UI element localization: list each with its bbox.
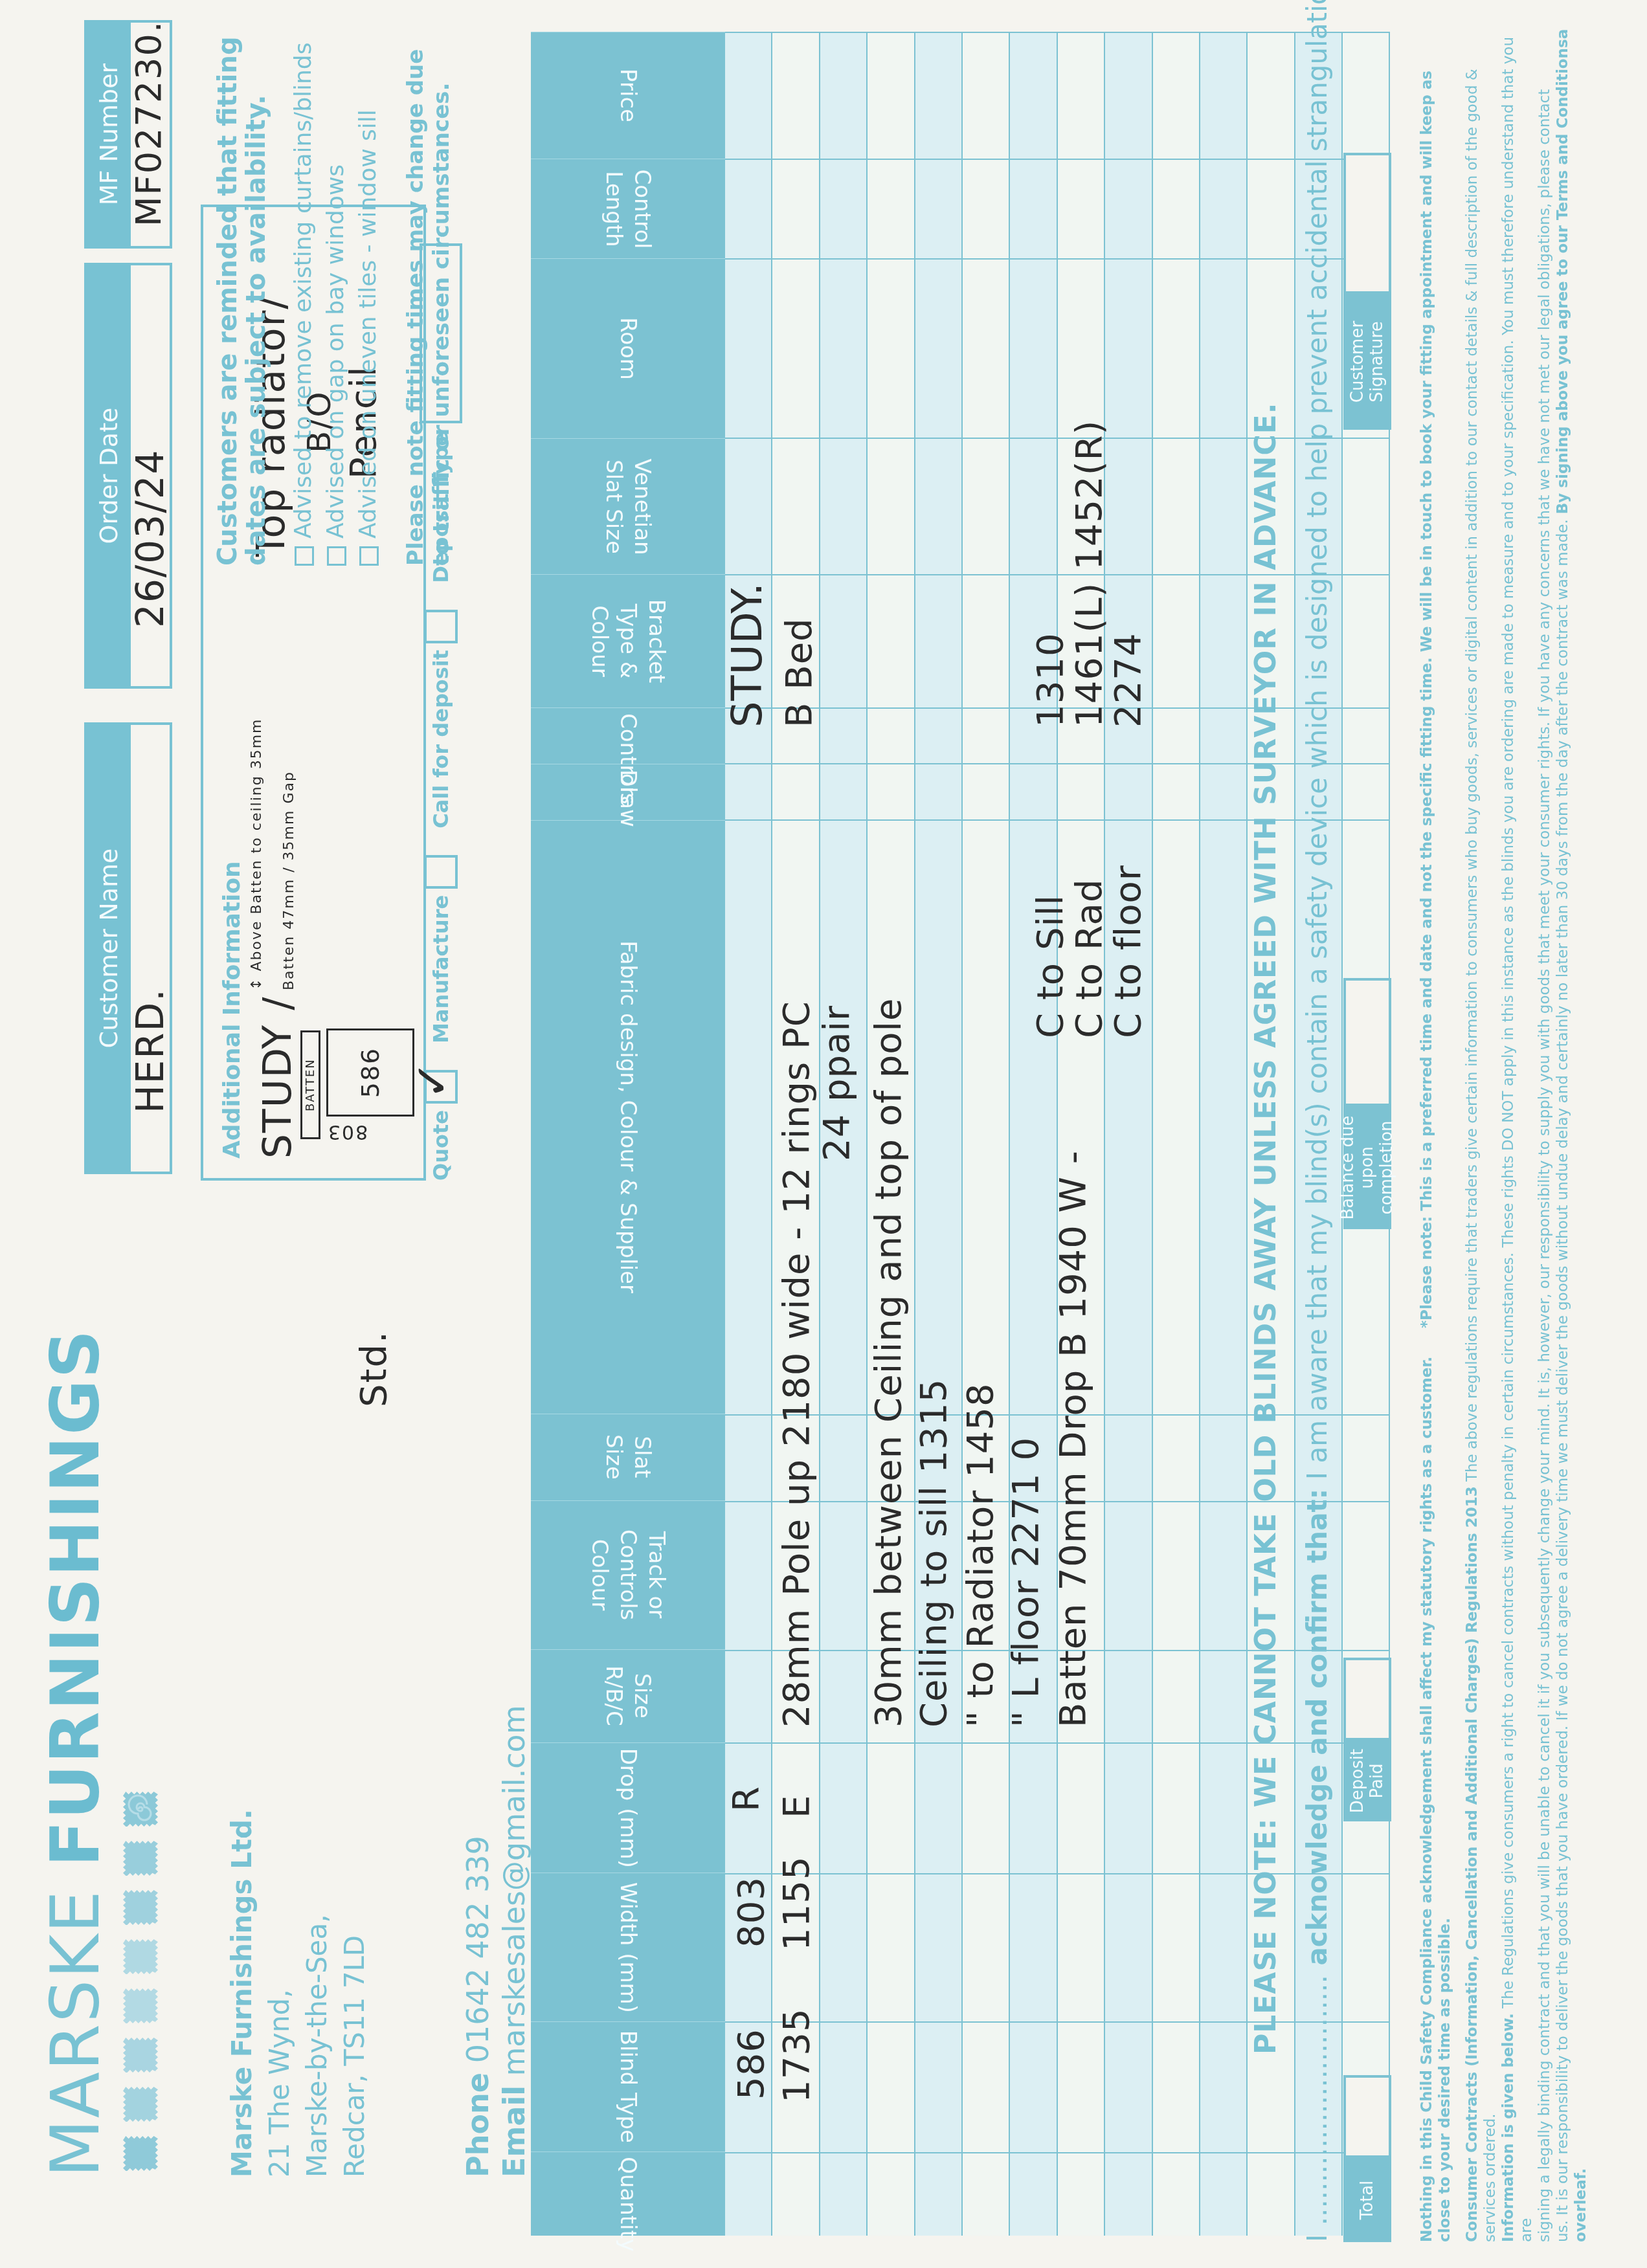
table-cell[interactable]	[772, 819, 818, 1414]
column-header-label: Venetian Slat Size	[599, 442, 656, 572]
column-header-label: Size R/B/C	[599, 1654, 656, 1738]
table-cell[interactable]	[1058, 1501, 1104, 1650]
customer-name-label: Customer Name	[87, 725, 131, 1172]
table-cell[interactable]	[772, 438, 818, 574]
table-cell[interactable]	[1343, 32, 1389, 159]
table-cell[interactable]	[1343, 707, 1389, 763]
table-cell[interactable]	[725, 438, 771, 574]
legal-line: us. It is our responsibility to deliver …	[1554, 28, 1590, 2242]
table-cell[interactable]	[963, 574, 1009, 707]
table-cell[interactable]	[1058, 1873, 1104, 2022]
column-header-label: Track or Controls Colour	[585, 1504, 671, 1646]
additional-information-title: Additional Information	[219, 861, 245, 1159]
table-cell[interactable]	[915, 438, 961, 574]
table-cell[interactable]	[963, 763, 1009, 819]
email-label: Email	[497, 2085, 532, 2177]
table-cell[interactable]	[868, 707, 913, 763]
table-cell[interactable]	[1010, 1650, 1056, 1743]
table-cell[interactable]	[725, 1501, 771, 1650]
ack-text: I am aware that my blind(s) contain a sa…	[1301, 0, 1333, 1489]
table-cell[interactable]	[772, 1414, 818, 1501]
table-cell[interactable]	[915, 1873, 961, 2022]
table-cell[interactable]	[1010, 258, 1056, 438]
table-cell[interactable]	[820, 2022, 866, 2152]
column-header: Venetian Slat Size	[531, 438, 725, 575]
table-cell[interactable]	[1105, 574, 1151, 707]
table-cell[interactable]	[820, 1650, 866, 1743]
table-cell[interactable]	[820, 574, 866, 707]
swatch-icon	[123, 1890, 158, 1925]
advice-checkbox[interactable]	[295, 546, 314, 566]
advice-label: Advised on uneven tiles - window sill	[355, 109, 381, 539]
table-cell[interactable]	[1010, 1414, 1056, 1501]
table-cell[interactable]	[1105, 1873, 1151, 2022]
table-cell[interactable]	[1200, 2152, 1246, 2236]
table-cell[interactable]	[820, 2152, 866, 2236]
table-cell[interactable]	[820, 1742, 866, 1873]
table-cell[interactable]	[772, 1650, 818, 1743]
table-cell[interactable]	[915, 1742, 961, 1873]
table-header: QuantityBlind TypeWidth (mm)Drop (mm)Siz…	[531, 32, 725, 2236]
table-cell[interactable]	[1105, 258, 1151, 438]
column-header-label: Blind Type	[614, 2030, 642, 2143]
table-cell[interactable]	[1200, 159, 1246, 258]
table-cell[interactable]	[1153, 574, 1199, 707]
table-cell[interactable]	[725, 763, 771, 819]
logo-text-light: MARSKE	[36, 1867, 115, 2177]
table-cell[interactable]	[725, 707, 771, 763]
note-above-batten: ↕ Above Batten to ceiling 35mm	[249, 718, 265, 990]
column-header: Drop (mm)	[531, 1742, 725, 1873]
fabric-swatches	[123, 1792, 158, 2171]
table-cell[interactable]	[868, 438, 913, 574]
table-cell[interactable]	[725, 32, 771, 159]
advice-item[interactable]: Advised to remove existing curtains/blin…	[287, 35, 320, 566]
legal-text-span: us. It is our responsibility to deliver …	[1554, 519, 1571, 2242]
table-cell[interactable]	[1058, 438, 1104, 574]
table-row	[1010, 32, 1057, 2236]
old-blinds-notice: PLEASE NOTE: WE CANNOT TAKE OLD BLINDS A…	[1249, 403, 1283, 2055]
table-cell[interactable]	[915, 707, 961, 763]
column-header: Fabric design, Colour & Supplier	[531, 820, 725, 1413]
table-cell[interactable]	[1200, 438, 1246, 574]
table-cell[interactable]	[820, 707, 866, 763]
table-cell[interactable]	[1343, 574, 1389, 707]
table-cell[interactable]	[772, 1742, 818, 1873]
balance-due-label: Balance due upon completion	[1343, 1106, 1391, 1229]
table-cell[interactable]	[1200, 763, 1246, 819]
table-cell[interactable]	[725, 574, 771, 707]
manufacture-label: Manufacture	[429, 895, 453, 1043]
email-line: Email marskesales@gmail.com	[496, 1617, 532, 2177]
table-cell[interactable]	[772, 1873, 818, 2022]
legal-text-span: The Regulations give consumers a right t…	[1500, 37, 1535, 2242]
logo-text-bold: FURNISHINGS	[36, 1329, 115, 1867]
table-cell[interactable]	[820, 763, 866, 819]
table-cell[interactable]	[1200, 1742, 1246, 1873]
table-row	[915, 32, 963, 2236]
call-for-deposit-checkbox[interactable]	[424, 610, 458, 643]
total-value[interactable]	[1343, 2075, 1391, 2158]
column-header-label: Slat Size	[599, 1418, 656, 1496]
table-cell[interactable]	[1200, 258, 1246, 438]
address-line: Marske-by-the-Sea,	[298, 1809, 336, 2177]
table-cell[interactable]	[1010, 2022, 1056, 2152]
table-row	[868, 32, 915, 2236]
advice-label: Advised on gap on bay windows	[322, 164, 349, 539]
table-cell[interactable]	[963, 159, 1009, 258]
table-cell[interactable]	[963, 2152, 1009, 2236]
table-cell[interactable]	[1010, 1742, 1056, 1873]
column-header: Controls	[531, 707, 725, 764]
table-cell[interactable]	[963, 707, 1009, 763]
table-cell[interactable]	[963, 819, 1009, 1414]
note-std: Std.	[353, 1330, 395, 1407]
table-cell[interactable]	[1010, 159, 1056, 258]
column-header-label: Controls	[614, 713, 642, 759]
table-row	[725, 32, 772, 2236]
table-cell[interactable]	[1248, 32, 1294, 159]
table-cell[interactable]	[1105, 2152, 1151, 2236]
table-cell[interactable]	[1200, 1501, 1246, 1650]
quote-option[interactable]: Quote	[424, 1070, 458, 1181]
advice-item[interactable]: Advised on gap on bay windows	[320, 35, 352, 566]
table-cell[interactable]	[915, 2152, 961, 2236]
table-cell[interactable]	[915, 574, 961, 707]
legal-line: Information is given below. The Regulati…	[1499, 28, 1536, 2242]
column-header: Blind Type	[531, 2021, 725, 2151]
table-cell[interactable]	[1105, 32, 1151, 159]
table-cell[interactable]	[1153, 2022, 1199, 2152]
reminder-headline: Customers are reminded that fitting date…	[214, 35, 271, 566]
column-header: Track or Controls Colour	[531, 1500, 725, 1649]
table-cell[interactable]	[1248, 2152, 1294, 2236]
column-header: Bracket Type & Colour	[531, 574, 725, 707]
table-cell[interactable]	[772, 707, 818, 763]
column-header: Width (mm)	[531, 1873, 725, 2021]
note-batten-gap: Batten 47mm / 35mm Gap	[281, 771, 297, 990]
swatch-icon	[123, 1841, 158, 1876]
balance-due-value[interactable]	[1343, 978, 1391, 1106]
table-cell[interactable]	[820, 159, 866, 258]
column-header: Control Length	[531, 159, 725, 259]
table-cell[interactable]	[772, 258, 818, 438]
table-cell[interactable]	[868, 2152, 913, 2236]
manufacture-checkbox[interactable]	[424, 855, 458, 889]
email-address[interactable]: marskesales@gmail.com	[497, 1705, 532, 2085]
table-cell[interactable]	[1058, 574, 1104, 707]
swatch-icon	[123, 1939, 158, 1974]
table-row	[963, 32, 1010, 2236]
address-line: Redcar, TS11 7LD	[336, 1809, 374, 2177]
table-cell[interactable]	[1153, 707, 1199, 763]
table-cell[interactable]	[868, 32, 913, 159]
call-for-deposit-option[interactable]: Call for deposit	[424, 610, 458, 828]
column-header-label: Room	[614, 317, 642, 380]
safety-acknowledgement: I ............................. acknowle…	[1301, 0, 1333, 2242]
table-cell[interactable]	[725, 1742, 771, 1873]
customer-name-field[interactable]: Customer Name HERD.	[84, 722, 172, 1174]
legal-bold: Information is given below.	[1500, 2013, 1517, 2242]
table-cell[interactable]	[915, 763, 961, 819]
table-cell[interactable]	[725, 1414, 771, 1501]
customer-signature-value[interactable]	[1343, 153, 1391, 294]
order-date-field[interactable]: Order Date 26/03/24	[84, 263, 172, 689]
table-cell[interactable]	[1153, 763, 1199, 819]
table-cell[interactable]	[1153, 1650, 1199, 1743]
table-cell[interactable]	[868, 1873, 913, 2022]
deposit-paid-label: Deposit Paid	[1343, 1740, 1391, 1821]
order-table: QuantityBlind TypeWidth (mm)Drop (mm)Siz…	[531, 32, 1372, 2236]
table-cell[interactable]	[1105, 1414, 1151, 1501]
table-cell[interactable]	[915, 819, 961, 1414]
table-cell[interactable]	[915, 32, 961, 159]
table-cell[interactable]	[820, 32, 866, 159]
order-date-value: 26/03/24	[128, 265, 172, 686]
table-cell[interactable]	[1105, 1650, 1151, 1743]
table-cell[interactable]	[1153, 2152, 1199, 2236]
table-cell[interactable]	[820, 1501, 866, 1650]
table-cell[interactable]	[725, 1873, 771, 2022]
table-cell[interactable]	[772, 2152, 818, 2236]
table-cell[interactable]	[1153, 438, 1199, 574]
mf-number-label: MF Number	[87, 23, 131, 246]
table-cell[interactable]	[1200, 707, 1246, 763]
order-date-label: Order Date	[87, 265, 131, 686]
table-cell[interactable]	[915, 1414, 961, 1501]
table-cell[interactable]	[1058, 763, 1104, 819]
table-cell[interactable]	[963, 1650, 1009, 1743]
phone-label: Phone	[460, 2073, 495, 2177]
company-address: Marske Furnishings Ltd. 21 The Wynd, Mar…	[223, 1809, 374, 2177]
table-cell[interactable]	[1153, 819, 1199, 1414]
legal-bold: Nothing in this Child Safety Compliance …	[1418, 1357, 1435, 2242]
column-header-label: Price	[614, 69, 642, 122]
table-cell[interactable]	[1058, 2022, 1104, 2152]
table-cell[interactable]	[963, 1873, 1009, 2022]
column-header-label: Drop (mm)	[614, 1748, 642, 1867]
table-cell[interactable]	[868, 1650, 913, 1743]
table-cell[interactable]	[963, 32, 1009, 159]
table-cell[interactable]	[1343, 1873, 1389, 2022]
table-cell[interactable]	[1200, 1414, 1246, 1501]
note-study: STUDY /	[255, 995, 300, 1159]
column-header-label: Fabric design, Colour & Supplier	[614, 940, 642, 1293]
mf-number-value: MF027230.	[128, 23, 169, 246]
customer-signature-label: Customer Signature	[1343, 294, 1391, 430]
table-cell[interactable]	[820, 1873, 866, 2022]
table-cell[interactable]	[1200, 819, 1246, 1414]
advice-checkbox[interactable]	[359, 546, 379, 566]
table-cell[interactable]	[1058, 159, 1104, 258]
legal-line: Nothing in this Child Safety Compliance …	[1418, 28, 1454, 2242]
table-cell[interactable]	[1200, 1650, 1246, 1743]
table-cell[interactable]	[1200, 1873, 1246, 2022]
table-row	[772, 32, 820, 2236]
table-cell[interactable]	[1343, 1501, 1389, 1650]
table-cell[interactable]	[1010, 1501, 1056, 1650]
table-cell[interactable]	[963, 1742, 1009, 1873]
ack-name-blank[interactable]: I .............................	[1301, 1975, 1333, 2242]
table-row	[1105, 32, 1152, 2236]
table-cell[interactable]	[1058, 1414, 1104, 1501]
table-cell[interactable]	[772, 2022, 818, 2152]
table-cell[interactable]	[1058, 1650, 1104, 1743]
brand-logo: MARSKE FURNISHINGS	[36, 1329, 115, 2177]
column-header-label: Control Length	[599, 164, 656, 254]
table-cell[interactable]	[1105, 438, 1151, 574]
balance-due-field[interactable]: Balance due upon completion	[1343, 978, 1391, 1229]
total-field[interactable]: Total	[1343, 2075, 1391, 2242]
address-line: 21 The Wynd,	[261, 1809, 298, 2177]
column-header: Slat Size	[531, 1414, 725, 1501]
table-cell[interactable]	[1248, 159, 1294, 258]
legal-line: signing a legally binding contract and t…	[1536, 28, 1554, 2242]
table-cell[interactable]	[963, 2022, 1009, 2152]
table-cell[interactable]	[915, 2022, 961, 2152]
deposit-paid-value[interactable]	[1343, 1658, 1391, 1740]
table-cell[interactable]	[868, 1742, 913, 1873]
table-cell[interactable]	[915, 1501, 961, 1650]
mf-number-field[interactable]: MF Number MF027230.	[84, 20, 172, 249]
table-cell[interactable]	[772, 159, 818, 258]
table-cell[interactable]	[1010, 438, 1056, 574]
table-cell[interactable]	[820, 438, 866, 574]
table-cell[interactable]	[820, 258, 866, 438]
advice-item[interactable]: Advised on uneven tiles - window sill	[352, 35, 385, 566]
table-cell[interactable]	[963, 258, 1009, 438]
table-cell[interactable]	[868, 2022, 913, 2152]
table-cell[interactable]	[1105, 763, 1151, 819]
table-cell[interactable]	[868, 763, 913, 819]
phone-number: 01642 482 339	[460, 1836, 495, 2073]
table-row	[1200, 32, 1248, 2236]
company-name: Marske Furnishings Ltd.	[223, 1809, 261, 2177]
table-row	[1058, 32, 1105, 2236]
table-cell[interactable]	[1153, 159, 1199, 258]
table-cell[interactable]	[1343, 438, 1389, 574]
table-cell[interactable]	[868, 574, 913, 707]
column-header: Room	[531, 258, 725, 438]
table-cell[interactable]	[1010, 1873, 1056, 2022]
table-cell[interactable]	[1010, 2152, 1056, 2236]
table-row	[820, 32, 868, 2236]
table-cell[interactable]	[1105, 707, 1151, 763]
legal-line: Consumer Contracts (Information, Cancell…	[1463, 28, 1499, 2242]
table-cell[interactable]	[1058, 819, 1104, 1414]
table-cell[interactable]	[1058, 1742, 1104, 1873]
table-cell[interactable]	[1010, 707, 1056, 763]
table-cell[interactable]	[915, 1650, 961, 1743]
customer-name-value: HERD.	[128, 725, 172, 1172]
table-cell[interactable]	[1153, 1414, 1199, 1501]
table-cell[interactable]	[1010, 574, 1056, 707]
table-cell[interactable]	[1105, 1501, 1151, 1650]
table-cell[interactable]	[725, 258, 771, 438]
table-cell[interactable]	[915, 159, 961, 258]
legal-bold: Consumer Contracts (Information, Cancell…	[1464, 1486, 1481, 2242]
table-cell[interactable]	[772, 574, 818, 707]
table-cell[interactable]	[725, 819, 771, 1414]
table-cell[interactable]	[1343, 763, 1389, 819]
table-cell[interactable]	[725, 159, 771, 258]
quote-label: Quote	[429, 1110, 453, 1181]
table-cell[interactable]	[868, 819, 913, 1414]
quote-checkbox[interactable]	[424, 1070, 458, 1104]
table-cell[interactable]	[725, 2022, 771, 2152]
table-cell[interactable]	[1105, 1742, 1151, 1873]
table-cell[interactable]	[725, 2152, 771, 2236]
table-row	[1153, 32, 1200, 2236]
column-header: Size R/B/C	[531, 1649, 725, 1742]
table-cell[interactable]	[1200, 32, 1246, 159]
manufacture-option[interactable]: Manufacture	[424, 855, 458, 1043]
table-cell[interactable]	[772, 1501, 818, 1650]
call-for-deposit-label: Call for deposit	[429, 650, 453, 828]
column-header: Quantity	[531, 2151, 725, 2236]
advice-label: Advised to remove existing curtains/blin…	[290, 43, 317, 539]
table-cell[interactable]	[1105, 2022, 1151, 2152]
table-cell[interactable]	[820, 1414, 866, 1501]
advice-list: Advised to remove existing curtains/blin…	[287, 35, 385, 566]
table-cell[interactable]	[1153, 258, 1199, 438]
swatch-icon	[123, 2136, 158, 2171]
table-cell[interactable]	[1200, 2022, 1246, 2152]
table-cell[interactable]	[1105, 159, 1151, 258]
column-header-label: Bracket Type & Colour	[585, 578, 671, 704]
table-cell[interactable]	[868, 1501, 913, 1650]
table-cell[interactable]	[963, 1414, 1009, 1501]
table-cell[interactable]	[1153, 32, 1199, 159]
table-cell[interactable]	[1200, 574, 1246, 707]
table-cell[interactable]	[1153, 1873, 1199, 2022]
table-cell[interactable]	[1058, 707, 1104, 763]
fitting-reminder: Customers are reminded that fitting date…	[214, 35, 454, 566]
table-cell[interactable]	[868, 258, 913, 438]
table-cell[interactable]	[1010, 32, 1056, 159]
note-sketch-803: 803	[327, 1120, 368, 1143]
table-cell[interactable]	[963, 1501, 1009, 1650]
table-cell[interactable]	[963, 438, 1009, 574]
table-cell[interactable]	[1010, 819, 1056, 1414]
table-cell[interactable]	[1058, 32, 1104, 159]
customer-signature-field[interactable]: Customer Signature	[1343, 153, 1391, 430]
table-cell[interactable]	[868, 159, 913, 258]
table-cell[interactable]	[868, 1414, 913, 1501]
legal-text: Nothing in this Child Safety Compliance …	[1418, 28, 1590, 2242]
fitting-time-note: Please note fitting times may change due…	[403, 35, 454, 566]
table-cell[interactable]	[915, 258, 961, 438]
table-cell[interactable]	[772, 763, 818, 819]
deposit-paid-field[interactable]: Deposit Paid	[1343, 1658, 1391, 1821]
advice-checkbox[interactable]	[327, 546, 346, 566]
table-cell[interactable]	[1010, 763, 1056, 819]
order-form-page: MARSKE FURNISHINGS Marske Furnishings Lt…	[0, 0, 1647, 2268]
table-cell[interactable]	[1058, 2152, 1104, 2236]
table-cell[interactable]	[772, 32, 818, 159]
swatch-icon	[123, 1988, 158, 2023]
swatch-icon	[123, 2087, 158, 2122]
table-cell[interactable]	[1153, 1501, 1199, 1650]
table-cell[interactable]	[1153, 1742, 1199, 1873]
table-cell[interactable]	[1058, 258, 1104, 438]
table-cell[interactable]	[725, 1650, 771, 1743]
table-cell[interactable]	[1343, 1414, 1389, 1501]
column-header-label: Quantity	[614, 2157, 642, 2231]
note-batten-box: BATTEN	[300, 1030, 320, 1139]
table-cell[interactable]	[820, 819, 866, 1414]
table-cell[interactable]	[1105, 819, 1151, 1414]
